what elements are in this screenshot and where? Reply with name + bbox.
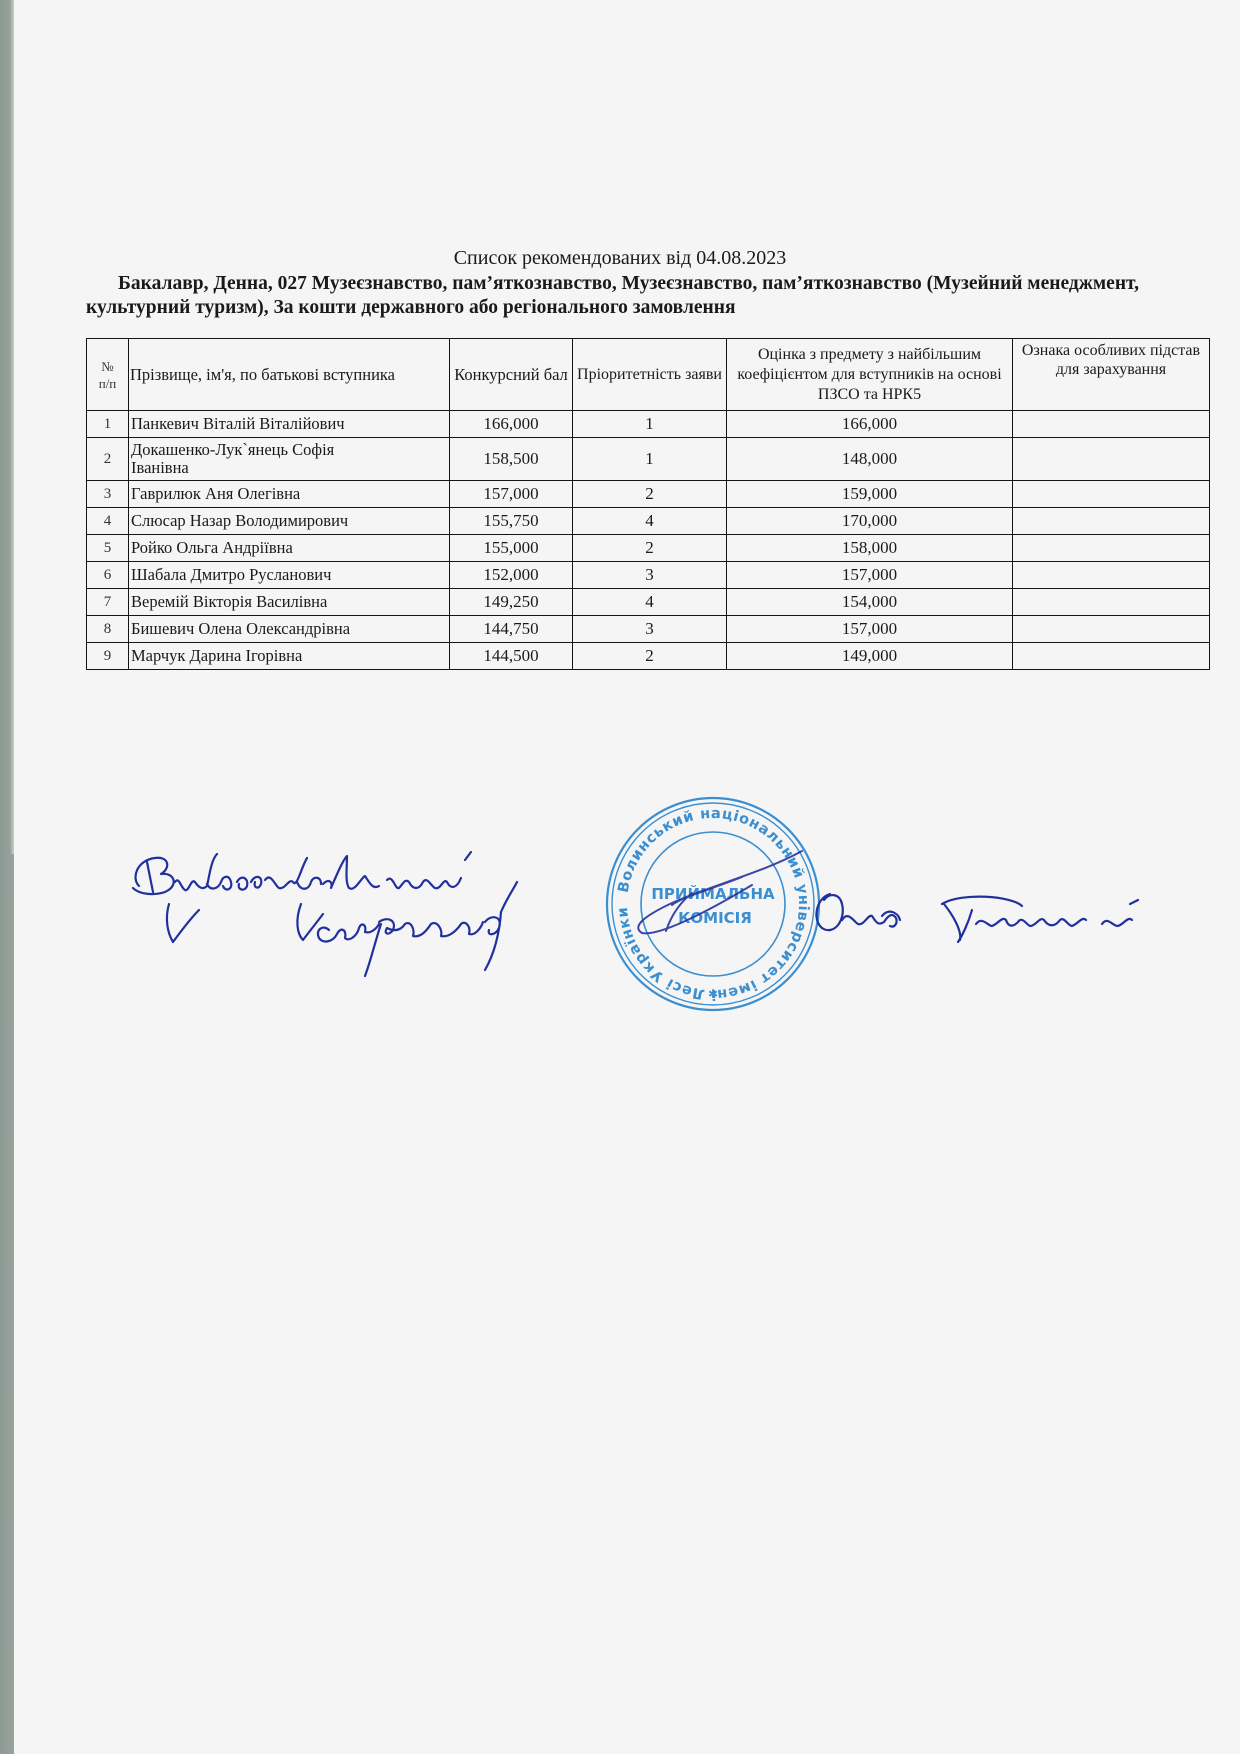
header-num-label: №п/п	[99, 359, 117, 391]
header-score: Конкурсний бал	[450, 339, 573, 411]
applicant-name: Докашенко-Лук`янець СофіяІванівна	[129, 438, 450, 481]
row-number: 9	[87, 643, 129, 670]
subject-score: 154,000	[727, 589, 1013, 616]
row-number: 2	[87, 438, 129, 481]
application-priority: 4	[573, 508, 727, 535]
table-row: 3Гаврилюк Аня Олегівна157,0002159,000	[87, 481, 1210, 508]
table-row: 9Марчук Дарина Ігорівна144,5002149,000	[87, 643, 1210, 670]
document-title: Список рекомендованих від 04.08.2023	[0, 247, 1240, 270]
handwritten-name-signature	[812, 880, 1162, 960]
competitive-score: 149,250	[450, 589, 573, 616]
application-priority: 2	[573, 643, 727, 670]
special-grounds	[1013, 411, 1210, 438]
applicant-name: Ройко Ольга Андріївна	[129, 535, 450, 562]
stamp-center-line2: КОМІСІЯ	[678, 909, 752, 927]
subject-score: 157,000	[727, 616, 1013, 643]
applicant-name: Слюсар Назар Володимирович	[129, 508, 450, 535]
subject-score: 148,000	[727, 438, 1013, 481]
applicant-name: Марчук Дарина Ігорівна	[129, 643, 450, 670]
table-row: 6Шабала Дмитро Русланович152,0003157,000	[87, 562, 1210, 589]
special-grounds	[1013, 535, 1210, 562]
handwritten-title-signature	[125, 838, 575, 988]
competitive-score: 155,750	[450, 508, 573, 535]
subject-score: 158,000	[727, 535, 1013, 562]
row-number: 8	[87, 616, 129, 643]
header-special-grounds: Ознака особливих підстав для зарахування	[1013, 339, 1210, 411]
applicant-name: Веремій Вікторія Василівна	[129, 589, 450, 616]
subject-score: 157,000	[727, 562, 1013, 589]
row-number: 3	[87, 481, 129, 508]
applicant-name: Панкевич Віталій Віталійович	[129, 411, 450, 438]
application-priority: 3	[573, 562, 727, 589]
special-grounds	[1013, 438, 1210, 481]
admission-committee-stamp: Волинський національний університет імен…	[602, 793, 824, 1015]
stamp-star-icon: ✱	[708, 987, 718, 1001]
application-priority: 2	[573, 535, 727, 562]
row-number: 6	[87, 562, 129, 589]
application-priority: 2	[573, 481, 727, 508]
table-row: 7Веремій Вікторія Василівна149,2504154,0…	[87, 589, 1210, 616]
table-row: 8Бишевич Олена Олександрівна144,7503157,…	[87, 616, 1210, 643]
competitive-score: 152,000	[450, 562, 573, 589]
subject-score: 159,000	[727, 481, 1013, 508]
header-num: №п/п	[87, 339, 129, 411]
competitive-score: 157,000	[450, 481, 573, 508]
row-number: 1	[87, 411, 129, 438]
competitive-score: 155,000	[450, 535, 573, 562]
application-priority: 1	[573, 438, 727, 481]
special-grounds	[1013, 643, 1210, 670]
special-grounds	[1013, 508, 1210, 535]
applicant-name: Гаврилюк Аня Олегівна	[129, 481, 450, 508]
subject-score: 170,000	[727, 508, 1013, 535]
table-row: 1Панкевич Віталій Віталійович166,0001166…	[87, 411, 1210, 438]
competitive-score: 158,500	[450, 438, 573, 481]
table-row: 4Слюсар Назар Володимирович155,7504170,0…	[87, 508, 1210, 535]
special-grounds	[1013, 481, 1210, 508]
document-subtitle: Бакалавр, Денна, 027 Музеєзнавство, пам’…	[86, 272, 1212, 320]
competitive-score: 166,000	[450, 411, 573, 438]
row-number: 7	[87, 589, 129, 616]
special-grounds	[1013, 616, 1210, 643]
special-grounds	[1013, 589, 1210, 616]
competitive-score: 144,500	[450, 643, 573, 670]
recommended-list-table: №п/п Прізвище, ім'я, по батькові вступни…	[86, 338, 1210, 670]
svg-text:Волинський національний універ: Волинський національний університет імен…	[615, 806, 811, 1002]
subject-score: 166,000	[727, 411, 1013, 438]
row-number: 5	[87, 535, 129, 562]
header-name: Прізвище, ім'я, по батькові вступника	[129, 339, 450, 411]
competitive-score: 144,750	[450, 616, 573, 643]
header-priority: Пріоритетність заяви	[573, 339, 727, 411]
applicant-name: Бишевич Олена Олександрівна	[129, 616, 450, 643]
header-subject-score: Оцінка з предмету з найбільшим коефіцієн…	[727, 339, 1013, 411]
row-number: 4	[87, 508, 129, 535]
application-priority: 3	[573, 616, 727, 643]
applicant-name: Шабала Дмитро Русланович	[129, 562, 450, 589]
application-priority: 1	[573, 411, 727, 438]
special-grounds	[1013, 562, 1210, 589]
table-header-row: №п/п Прізвище, ім'я, по батькові вступни…	[87, 339, 1210, 411]
table-row: 5Ройко Ольга Андріївна155,0002158,000	[87, 535, 1210, 562]
table-row: 2Докашенко-Лук`янець СофіяІванівна158,50…	[87, 438, 1210, 481]
subject-score: 149,000	[727, 643, 1013, 670]
application-priority: 4	[573, 589, 727, 616]
stamp-outer-text: Волинський національний університет імен…	[615, 806, 811, 1002]
